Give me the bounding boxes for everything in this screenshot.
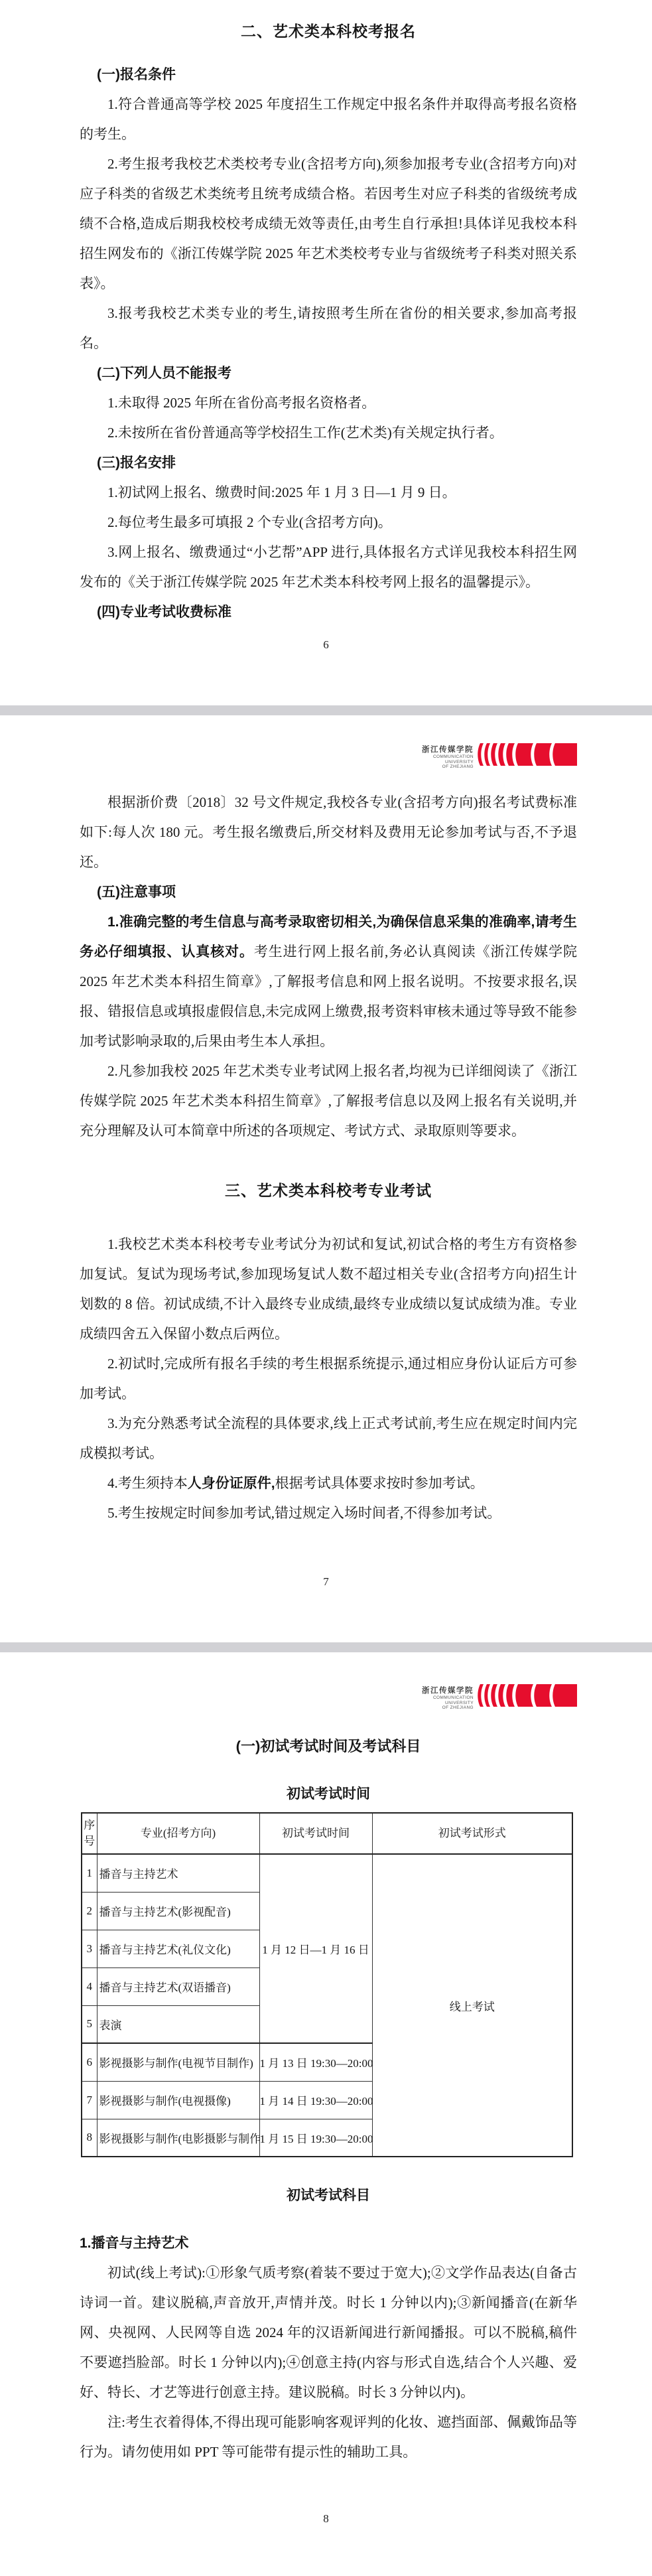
paragraph: 1.初试网上报名、缴费时间:2025 年 1 月 3 日—1 月 9 日。 (80, 478, 577, 508)
section2-title: 二、艺术类本科校考报名 (80, 17, 577, 45)
heading-first-exam-time: 初试考试时间 (80, 1782, 577, 1806)
col-header-time: 初试考试时间 (259, 1813, 372, 1854)
merged-form-cell: 线上考试 (372, 1854, 572, 2157)
paragraph: 5.考生按规定时间参加考试,错过规定入场时间者,不得参加考试。 (80, 1498, 577, 1528)
university-logo-text: 浙江传媒学院 COMMUNICATION UNIVERSITY OF ZHEJI… (422, 746, 474, 769)
university-logo: 浙江传媒学院 COMMUNICATION UNIVERSITY OF ZHEJI… (422, 743, 577, 769)
heading-exam-fee-standard: (四)专业考试收费标准 (80, 597, 577, 627)
table-header-row: 序号 专业(招考方向) 初试考试时间 初试考试形式 (82, 1813, 572, 1854)
university-name-en: COMMUNICATION UNIVERSITY OF ZHEJIANG (422, 1695, 474, 1710)
heading-registration-conditions: (一)报名条件 (80, 60, 577, 90)
paragraph: 3.为充分熟悉考试全流程的具体要求,线上正式考试前,考生应在规定时间内完成模拟考… (80, 1409, 577, 1468)
section3-title: 三、艺术类本科校考专业考试 (80, 1177, 577, 1204)
university-logo-text: 浙江传媒学院 COMMUNICATION UNIVERSITY OF ZHEJI… (422, 1687, 474, 1710)
exam-schedule-table: 序号 专业(招考方向) 初试考试时间 初试考试形式 1 播音与主持艺术 1 月 … (81, 1812, 573, 2157)
heading-first-exam-time-subjects: (一)初试考试时间及考试科目 (80, 1733, 577, 1760)
paragraph: 3.报考我校艺术类专业的考生,请按照考生所在省份的相关要求,参加高考报名。 (80, 299, 577, 358)
document-page-8: 浙江传媒学院 COMMUNICATION UNIVERSITY OF ZHEJI… (0, 1652, 652, 2576)
page-number: 6 (0, 638, 652, 652)
university-name-en: COMMUNICATION UNIVERSITY OF ZHEJIANG (422, 754, 474, 769)
university-logo: 浙江传媒学院 COMMUNICATION UNIVERSITY OF ZHEJI… (422, 1684, 577, 1710)
col-header-index: 序号 (82, 1813, 97, 1854)
paragraph: 2.初试时,完成所有报名手续的考生根据系统提示,通过相应身份认证后方可参加考试。 (80, 1349, 577, 1409)
paragraph-fee: 根据浙价费〔2018〕32 号文件规定,我校各专业(含招考方向)报名考试费标准如… (80, 788, 577, 877)
paragraph: 2.每位考生最多可填报 2 个专业(含招考方向)。 (80, 508, 577, 537)
paragraph: 2.未按所在省份普通高等学校招生工作(艺术类)有关规定执行者。 (80, 418, 577, 448)
paragraph-note2: 2.凡参加我校 2025 年艺术类专业考试网上报名者,均视为已详细阅读了《浙江传… (80, 1056, 577, 1146)
logo-mark-icon (476, 743, 577, 769)
page-header: 浙江传媒学院 COMMUNICATION UNIVERSITY OF ZHEJI… (80, 1652, 577, 1710)
paragraph: 2.考生报考我校艺术类校考专业(含招考方向),须参加报考专业(含招考方向)对应子… (80, 149, 577, 299)
table-row: 1 播音与主持艺术 1 月 12 日—1 月 16 日 线上考试 (82, 1854, 572, 1892)
page-number: 7 (0, 1575, 652, 1589)
paragraph-id-card: 4.考生须持本人身份证原件,根据考试具体要求按时参加考试。 (80, 1468, 577, 1498)
university-name-cn: 浙江传媒学院 (422, 746, 474, 754)
paragraph: 3.网上报名、缴费通过“小艺帮”APP 进行,具体报名方式详见我校本科招生网发布… (80, 537, 577, 597)
logo-mark-icon (476, 1684, 577, 1710)
col-header-form: 初试考试形式 (372, 1813, 572, 1854)
col-header-major: 专业(招考方向) (97, 1813, 259, 1854)
heading-notes: (五)注意事项 (80, 877, 577, 907)
page-header: 浙江传媒学院 COMMUNICATION UNIVERSITY OF ZHEJI… (80, 715, 577, 769)
document-page-6: 二、艺术类本科校考报名 (一)报名条件 1.符合普通高等学校 2025 年度招生… (0, 0, 652, 705)
paragraph: 1.符合普通高等学校 2025 年度招生工作规定中报名条件并取得高考报名资格的考… (80, 90, 577, 149)
heading-major-broadcasting: 1.播音与主持艺术 (80, 2228, 577, 2258)
paragraph: 1.我校艺术类本科校考专业考试分为初试和复试,初试合格的考生方有资格参加复试。复… (80, 1230, 577, 1349)
heading-registration-arrangement: (三)报名安排 (80, 448, 577, 478)
heading-first-exam-subjects: 初试考试科目 (80, 2184, 577, 2207)
merged-time-cell: 1 月 12 日—1 月 16 日 (259, 1854, 372, 2043)
paragraph-note1: 1.准确完整的考生信息与高考录取密切相关,为确保信息采集的准确率,请考生务必仔细… (80, 907, 577, 1056)
id-card-bold: 人身份证原件, (188, 1476, 275, 1491)
paragraph: 1.未取得 2025 年所在省份高考报名资格者。 (80, 388, 577, 418)
page-number: 8 (0, 2512, 652, 2526)
document-page-7: 浙江传媒学院 COMMUNICATION UNIVERSITY OF ZHEJI… (0, 715, 652, 1642)
heading-who-cannot-apply: (二)下列人员不能报考 (80, 358, 577, 388)
university-name-cn: 浙江传媒学院 (422, 1687, 474, 1695)
paragraph-exam-content: 初试(线上考试):①形象气质考察(着装不要过于宽大);②文学作品表达(自备古诗词… (80, 2258, 577, 2407)
paragraph-exam-note: 注:考生衣着得体,不得出现可能影响客观评判的化妆、遮挡面部、佩戴饰品等行为。请勿… (80, 2407, 577, 2467)
